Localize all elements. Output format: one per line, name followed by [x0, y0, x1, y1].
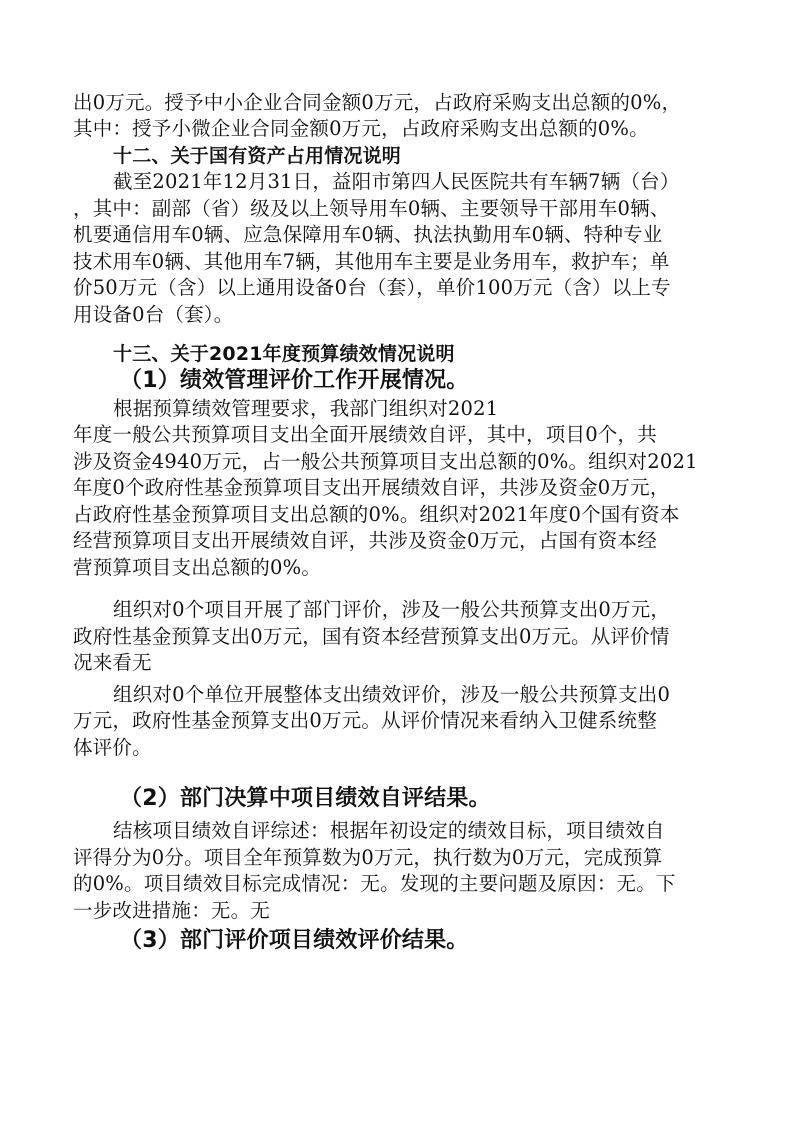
body-line: 其中：授予小微企业合同金额0万元，占政府采购支出总额的0%。 [73, 116, 649, 142]
body-line: 一步改进措施：无。无 [73, 898, 270, 924]
section-heading-12: 十二、关于国有资产占用情况说明 [113, 143, 401, 169]
paragraph-start: 根据预算绩效管理要求，我部门组织对2021 [113, 396, 498, 422]
subheading-1: （1）绩效管理评价工作开展情况。 [120, 368, 469, 394]
body-line: 涉及资金4940万元，占一般公共预算项目支出总额的0%。组织对2021 [73, 449, 698, 475]
paragraph-start: 组织对0个项目开展了部门评价，涉及一般公共预算支出0万元， [113, 597, 670, 623]
body-line: 万元，政府性基金预算支出0万元。从评价情况来看纳入卫健系统整 [73, 708, 657, 734]
body-line: 评得分为0分。项目全年预算数为0万元，执行数为0万元，完成预算 [73, 845, 662, 871]
body-line: 机要通信用车0辆、应急保障用车0辆、执法执勤用车0辆、特种专业 [73, 222, 662, 248]
body-line: 年度0个政府性基金预算项目支出开展绩效自评，共涉及资金0万元， [73, 475, 670, 501]
body-line: 用设备0台（套）。 [73, 302, 233, 328]
body-line: 价50万元（含）以上通用设备0台（套），单价100万元（含）以上专 [73, 275, 671, 301]
paragraph-start: 组织对0个单位开展整体支出绩效评价，涉及一般公共预算支出0 [113, 682, 670, 708]
paragraph-start: 结核项目绩效自评综述：根据年初设定的绩效目标，项目绩效自 [113, 818, 665, 844]
body-line: 经营预算项目支出开展绩效自评，共涉及资金0万元，占国有资本经 [73, 528, 657, 554]
body-line: 年度一般公共预算项目支出全面开展绩效自评，其中，项目0个，共 [73, 422, 657, 448]
body-line: 况来看无 [73, 650, 152, 676]
body-line: 营预算项目支出总额的0%。 [73, 555, 321, 581]
body-line: 技术用车0辆、其他用车7辆，其他用车主要是业务用车，救护车；单 [73, 249, 670, 275]
body-line: 出0万元。授予中小企业合同金额0万元，占政府采购支出总额的0%， [73, 90, 681, 116]
paragraph-start: 截至2021年12月31日，益阳市第四人民医院共有车辆7辆（台） [113, 169, 680, 195]
body-line: 政府性基金预算支出0万元，国有资本经营预算支出0万元。从评价情 [73, 624, 670, 650]
section-heading-13: 十三、关于2021年度预算绩效情况说明 [113, 341, 455, 367]
body-line: 的0%。项目绩效目标完成情况：无。发现的主要问题及原因：无。下 [73, 871, 676, 897]
body-line: ，其中：副部（省）级及以上领导用车0辆、主要领导干部用车0辆、 [73, 196, 670, 222]
subheading-2: （2）部门决算中项目绩效自评结果。 [120, 786, 491, 812]
document-page: 出0万元。授予中小企业合同金额0万元，占政府采购支出总额的0%， 其中：授予小微… [0, 0, 793, 1122]
subheading-3: （3）部门评价项目绩效评价结果。 [120, 928, 469, 954]
body-line: 占政府性基金预算项目支出总额的0%。组织对2021年度0个国有资本 [73, 502, 680, 528]
body-line: 体评价。 [73, 735, 152, 761]
